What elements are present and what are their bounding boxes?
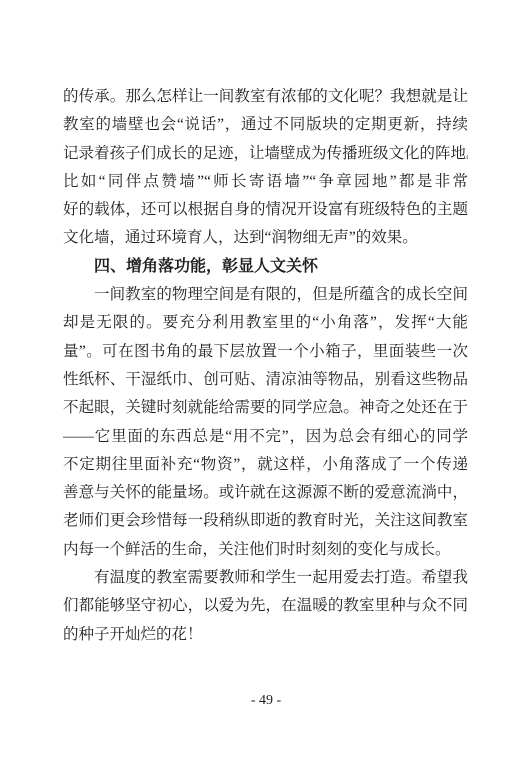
body-line: 们都能够坚守初心，以爱为先，在温暖的教室里种与众不同	[63, 592, 468, 620]
body-line: ——它里面的东西总是“用不完”，因为总会有细心的同学	[63, 423, 468, 451]
body-line: 老师们更会珍惜每一段稍纵即逝的教育时光，关注这间教室	[63, 507, 468, 535]
page-number: - 49 -	[0, 692, 532, 710]
body-line: 性纸杯、干湿纸巾、创可贴、清凉油等物品，别看这些物品	[63, 366, 468, 394]
body-line: 却是无限的。要充分利用教室里的“小角落”，发挥“大能	[63, 309, 468, 337]
page-body: 的传承。那么怎样让一间教室有浓郁的文化呢？我想就是让 教室的墙壁也会“说话”，通…	[63, 83, 468, 649]
document-page: 的传承。那么怎样让一间教室有浓郁的文化呢？我想就是让 教室的墙壁也会“说话”，通…	[0, 0, 532, 768]
body-line: 不定期往里面补充“物资”，就这样，小角落成了一个传递	[63, 451, 468, 479]
body-line: 好的载体，还可以根据自身的情况开设富有班级特色的主题	[63, 196, 468, 224]
body-line: 有温度的教室需要教师和学生一起用爱去打造。希望我	[63, 564, 468, 592]
body-line: 不起眼，关键时刻就能给需要的同学应急。神奇之处还在于	[63, 394, 468, 422]
body-line: 的传承。那么怎样让一间教室有浓郁的文化呢？我想就是让	[63, 83, 468, 111]
body-line: 的种子开灿烂的花！	[63, 621, 468, 649]
section-heading: 四、增角落功能，彰显人文关怀	[63, 253, 468, 281]
body-line: 比如“同伴点赞墙”“师长寄语墙”“争章园地”都是非常	[63, 168, 468, 196]
body-line: 量”。可在图书角的最下层放置一个小箱子，里面装些一次	[63, 338, 468, 366]
body-line: 教室的墙壁也会“说话”，通过不同版块的定期更新，持续	[63, 111, 468, 139]
body-line: 文化墙，通过环境育人，达到“润物细无声”的效果。	[63, 224, 468, 252]
body-line: 善意与关怀的能量场。或许就在这源源不断的爱意流淌中，	[63, 479, 468, 507]
body-line: 内每一个鲜活的生命，关注他们时时刻刻的变化与成长。	[63, 536, 468, 564]
body-line: 一间教室的物理空间是有限的，但是所蕴含的成长空间	[63, 281, 468, 309]
body-line: 记录着孩子们成长的足迹，让墙壁成为传播班级文化的阵地。	[63, 140, 468, 168]
